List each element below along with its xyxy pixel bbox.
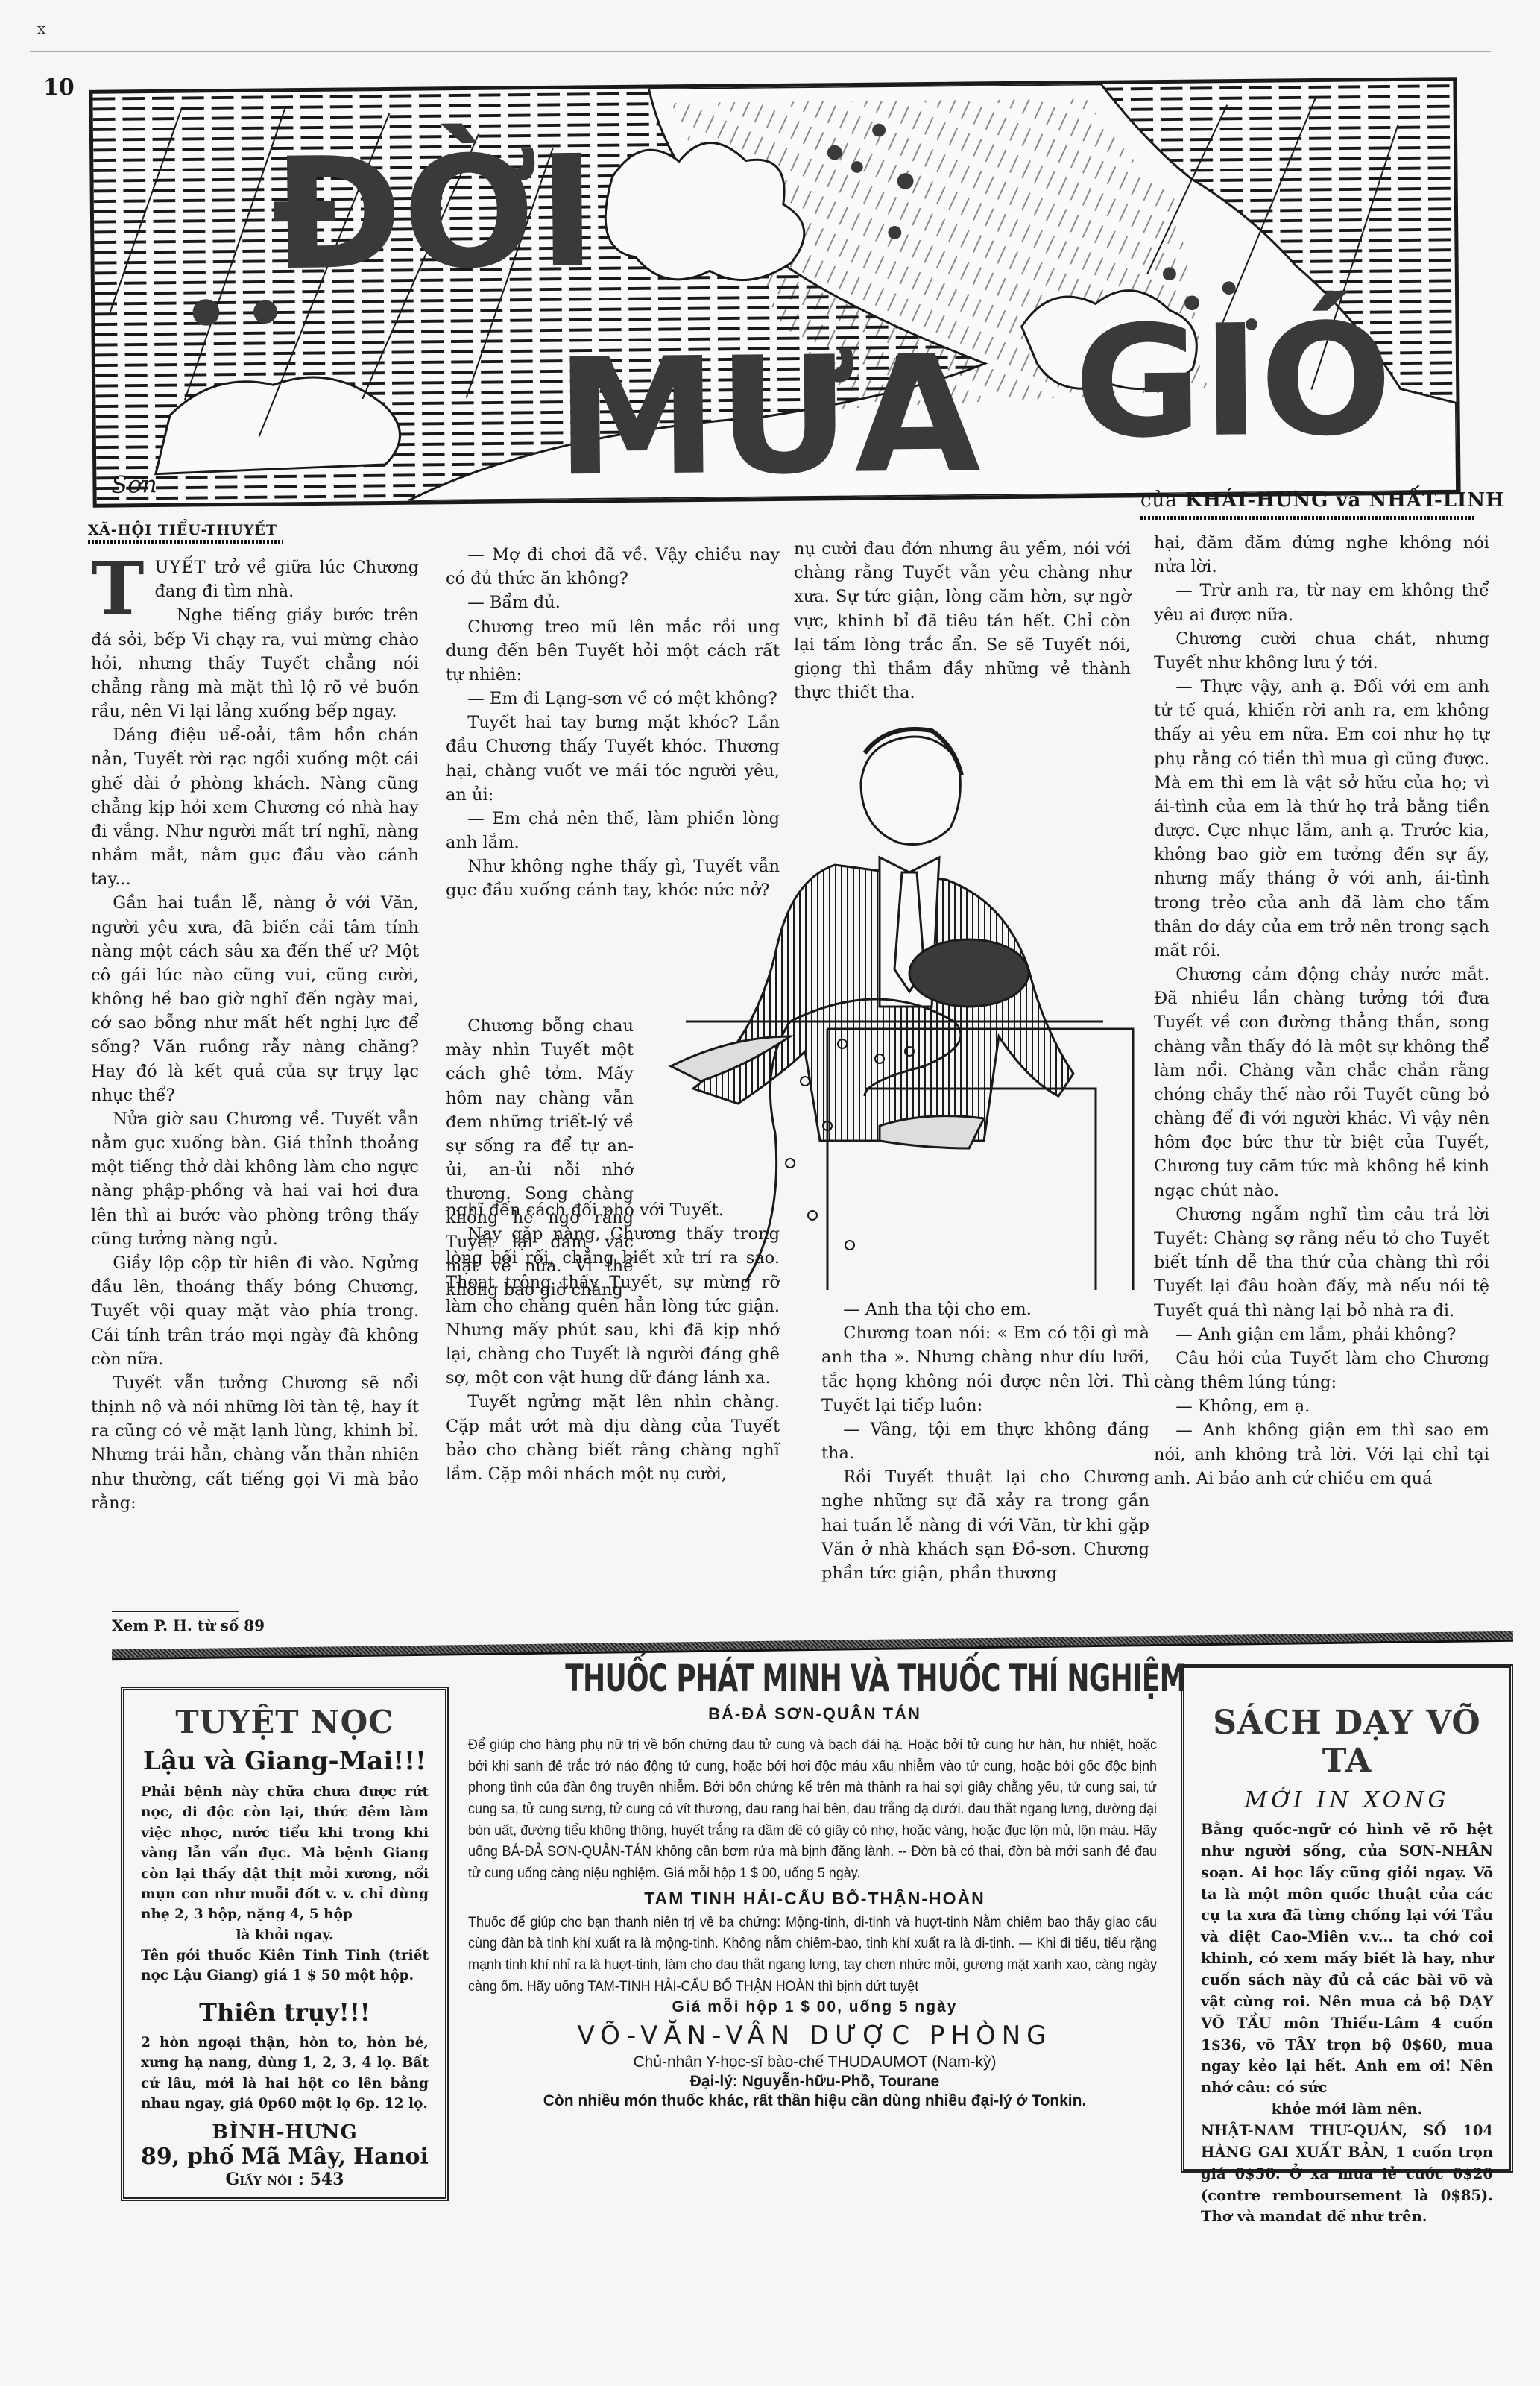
banner-word-gio: GIÓ [1073,290,1393,473]
corner-mark: x [37,19,45,37]
ad-subtitle: BÁ-ĐẢ SƠN-QUÂN TÁN [468,1704,1161,1724]
story-paragraph: Chương cảm động chảy nước mắt. Đã nhiều … [1154,963,1489,1203]
ad-address: 89, phố Mã Mây, Hanoi [141,2144,429,2170]
story-illustration [656,708,1148,1290]
banner-word-doi: ĐỜI [271,122,597,304]
story-paragraph: Tuyết ngửng mặt lên nhìn chàng. Cặp mắt … [446,1390,780,1486]
story-column-4: hại, đăm đăm đứng nghe không nói nửa lời… [1154,531,1489,1491]
byline-rule [1140,516,1476,520]
story-paragraph: — Vâng, tội em thực không đáng tha. [821,1417,1149,1465]
section-rule [88,540,283,544]
story-paragraph: — Anh giận em lắm, phải không? [1154,1323,1489,1347]
continued-rule [112,1611,239,1612]
top-rule [30,51,1491,52]
story-paragraph: Chương cười chua chát, nhưng Tuyết như k… [1154,627,1489,675]
couple-drawing [656,708,1148,1290]
ad-body: Để giúp cho hàng phụ nữ trị về bốn chứng… [468,1734,1157,1884]
storm-illustration: ĐỜI MƯA GIÓ Sơn [92,81,1457,503]
ad-title: SÁCH DẠY VÕ TA [1201,1704,1493,1780]
ad-body: Bằng quốc-ngữ có hình vẽ rõ hệt như ngườ… [1201,1819,1493,2099]
byline-prefix: của [1140,489,1178,511]
ad-subtitle: MỚI IN XONG [1201,1787,1493,1813]
section-label: XÃ-HỘI TIỂU-THUYẾT [88,522,277,538]
ad-body-end: khỏe mới làm nên. [1201,2099,1493,2121]
ad-shop-name: BÌNH-HƯNG [141,2121,429,2144]
story-paragraph: — Anh tha tội cho em. [821,1297,1149,1321]
drop-cap: T [91,560,144,619]
story-paragraph: Giầy lộp cộp từ hiên đi vào. Ngửng đầu l… [91,1251,419,1371]
story-paragraph: — Trừ anh ra, từ nay em không thể yêu ai… [1154,579,1489,626]
story-paragraph: Tuyết vẫn tưởng Chương sẽ nổi thịnh nộ v… [91,1371,419,1515]
continued-note: Xem P. H. từ số 89 [112,1617,265,1634]
ad-subtitle: Lậu và Giang-Mai!!! [141,1746,429,1776]
story-paragraph: Chương toan nói: « Em có tội gì mà anh t… [821,1321,1149,1417]
byline: của KHÁI-HƯNG và NHẤT-LINH [1140,489,1505,511]
story-paragraph: — Bẩm đủ. [446,591,780,614]
lead-word: UYẾT [154,558,206,577]
ad-footer: Còn nhiều món thuốc khác, rất thần hiệu … [468,2092,1161,2110]
story-paragraph: — Mợ đi chơi đã về. Vậy chiều nay có đủ … [446,543,780,591]
ad-price: Giá mỗi hộp 1 $ 00, uống 5 ngày [468,1998,1161,2016]
ad-tuyet-noc: TUYỆT NỌC Lậu và Giang-Mai!!! Phải bệnh … [121,1687,449,2201]
story-paragraph: Chương treo mũ lên mắc rồi ung dung đến … [446,615,780,687]
story-paragraph: — Anh không giận em thì sao em nói, anh … [1154,1418,1489,1491]
ad-phone: Giấy nói : 543 [141,2170,429,2189]
ad-body-end: là khỏi ngay. [141,1925,429,1945]
story-paragraph: — Không, em ạ. [1154,1394,1489,1418]
story-paragraph: Rồi Tuyết thuật lại cho Chương nghe nhữn… [821,1465,1149,1585]
banner-word-mua: MƯA [555,321,981,503]
story-paragraph: TUYẾT trở về giữa lúc Chương đang đi tìm… [91,555,419,603]
artist-signature: Sơn [111,471,157,498]
story-column-3-top: nụ cười đau đớn nhưng âu yếm, nói với ch… [794,537,1131,705]
story-paragraph: Dáng điệu uể-oải, tâm hồn chán nản, Tuyế… [91,723,419,891]
ad-brand: VÕ-VĂN-VÂN DƯỢC PHÒNG [468,2021,1161,2050]
ad-product: Tên gói thuốc Kiên Tinh Tinh (triết nọc … [141,1945,429,1986]
story-paragraph: Chương ngẫm nghĩ tìm câu trả lời Tuyết: … [1154,1203,1489,1323]
story-paragraph: hại, đăm đăm đứng nghe không nói nửa lời… [1154,531,1489,579]
story-column-3-bottom: — Anh tha tội cho em. Chương toan nói: «… [821,1297,1149,1585]
byline-authors: KHÁI-HƯNG và NHẤT-LINH [1185,489,1505,511]
ad-body: 2 hòn ngoại thận, hòn to, hòn bé, xưng h… [141,2033,429,2115]
ad-body: Thuốc để giúp cho bạn thanh niên trị về … [468,1912,1157,1998]
story-paragraph: Câu hỏi của Tuyết làm cho Chương càng th… [1154,1347,1489,1394]
ad-agent: Đại-lý: Nguyễn-hữu-Phồ, Tourane [468,2073,1161,2091]
story-paragraph: — Em đi Lạng-sơn về có mệt không? [446,687,780,711]
ad-thuoc-phat-minh: THUỐC PHÁT MINH VÀ THUỐC THÍ NGHIỆM BÁ-Đ… [468,1657,1161,2112]
ad-title: THUỐC PHÁT MINH VÀ THUỐC THÍ NGHIỆM [565,1657,1064,1700]
ad-heading: Thiên trụy!!! [141,1998,429,2027]
section-divider [112,1631,1513,1661]
story-paragraph: Gần hai tuần lễ, nàng ở với Văn, người y… [91,891,419,1107]
title-banner: ĐỜI MƯA GIÓ Sơn [89,77,1460,508]
story-paragraph: nụ cười đau đớn nhưng âu yếm, nói với ch… [794,537,1131,705]
story-column-1: TUYẾT trở về giữa lúc Chương đang đi tìm… [91,555,419,1515]
ad-body: Phải bệnh này chữa chưa được rứt nọc, di… [141,1782,429,1925]
page-number: 10 [43,75,75,101]
story-paragraph: Nửa giờ sau Chương về. Tuyết vẫn nằm gục… [91,1107,419,1251]
ad-heading: TAM TINH HẢI-CẨU BỔ-THẬN-HOÀN [468,1889,1161,1909]
ad-sach-day-vo: SÁCH DẠY VÕ TA MỚI IN XONG Bằng quốc-ngữ… [1181,1664,1513,2173]
story-paragraph: — Thực vậy, anh ạ. Đối với em anh tử tế … [1154,675,1489,963]
ad-title: TUYỆT NỌC [141,1704,429,1740]
ad-owner: Chủ-nhân Y-học-sĩ bào-chế THUDAUMOT (Nam… [468,2053,1161,2071]
ad-publisher: NHẬT-NAM THƯ-QUÁN, SỐ 104 HÀNG GAI XUẤT … [1201,2121,1493,2228]
